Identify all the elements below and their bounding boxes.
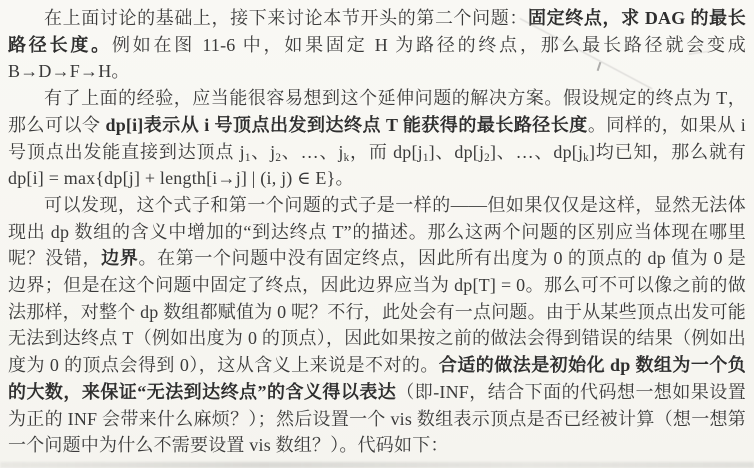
para-boundary-discussion: 可以发现，这个式子和第一个问题的式子是一样的——但如果仅仅是这样，显然无法体现出… xyxy=(8,192,746,459)
scanned-book-page: 在上面讨论的基础上，接下来讨论本节开头的第二个问题：固定终点，求 DAG 的最长… xyxy=(0,0,754,468)
text-run: 、j xyxy=(251,142,276,162)
text-run: ，而 dp[j xyxy=(349,142,423,162)
bold-run: dp[i]表示从 i 号顶点出发到达终点 T 能获得的最长路径长度 xyxy=(105,115,587,135)
text-run: 、…、j xyxy=(281,142,343,162)
document-text: 在上面讨论的基础上，接下来讨论本节开头的第二个问题：固定终点，求 DAG 的最长… xyxy=(0,0,754,459)
text-run: ]、…、dp[j xyxy=(490,142,583,162)
text-run: ]、dp[j xyxy=(429,142,485,162)
text-run: 例如在图 11-6 中，如果固定 H 为路径的终点，那么最长路径就会变成 B→D… xyxy=(8,35,746,82)
para-dp-definition: 有了上面的经验，应当能很容易想到这个延伸问题的解决方案。假设规定的终点为 T，那… xyxy=(8,85,746,192)
scan-artifact-bottom-smudge xyxy=(0,462,754,468)
bold-run: 边界 xyxy=(101,248,138,268)
para-problem-statement: 在上面讨论的基础上，接下来讨论本节开头的第二个问题：固定终点，求 DAG 的最长… xyxy=(8,5,746,85)
text-run: 在上面讨论的基础上，接下来讨论本节开头的第二个问题： xyxy=(44,8,528,28)
